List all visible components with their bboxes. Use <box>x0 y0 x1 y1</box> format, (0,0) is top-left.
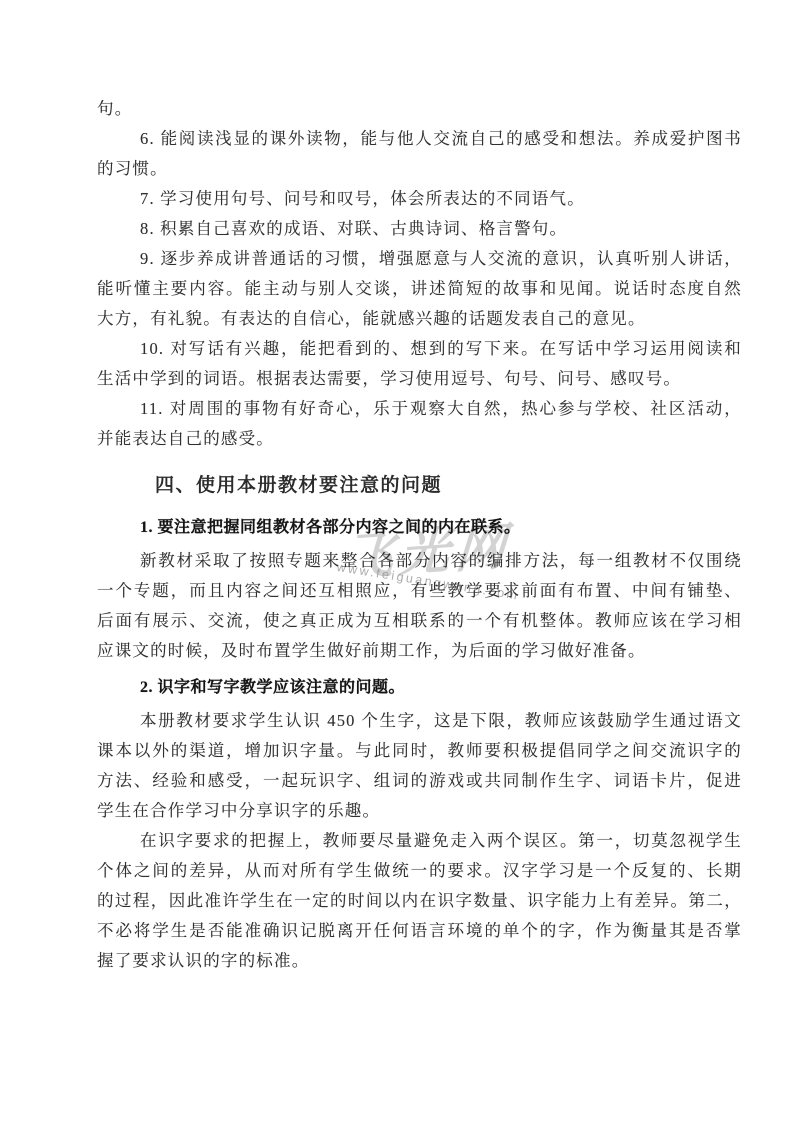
text-line: 6. 能阅读浅显的课外读物，能与他人交流自己的感受和想法。养成爱护图书 <box>97 124 742 154</box>
text-line: 课本以外的渠道，增加识字量。与此同时，教师要积极提倡同学之间交流识字的 <box>97 736 742 766</box>
text-line: 在识字要求的把握上，教师要尽量避免走入两个误区。第一，切莫忽视学生 <box>97 826 742 856</box>
text-line: 后面有展示、交流，使之真正成为互相联系的一个有机整体。教师应该在学习相 <box>97 606 742 636</box>
text-line: 个体之间的差异，从而对所有学生做统一的要求。汉字学习是一个反复的、长期 <box>97 856 742 886</box>
text-line: 本册教材要求学生认识 450 个生字，这是下限，教师应该鼓励学生通过语文 <box>97 706 742 736</box>
text-line: 的过程，因此准许学生在一定的时间以内在识字数量、识字能力上有差异。第二， <box>97 886 742 916</box>
subheading-1: 1. 要注意把握同组教材各部分内容之间的内在联系。 <box>97 513 742 543</box>
document-content: 句。 6. 能阅读浅显的课外读物，能与他人交流自己的感受和想法。养成爱护图书 的… <box>97 94 742 976</box>
text-line: 的习惯。 <box>97 154 742 184</box>
document-page: 飞光网 www.feiguangwang.com 句。 6. 能阅读浅显的课外读… <box>0 0 793 1122</box>
text-line: 方法、经验和感受，一起玩识字、组词的游戏或共同制作生字、词语卡片，促进 <box>97 766 742 796</box>
text-line: 9. 逐步养成讲普通话的习惯，增强愿意与人交流的意识，认真听别人讲话， <box>97 244 742 274</box>
text-line: 一个专题，而且内容之间还互相照应，有些教学要求前面有布置、中间有铺垫、 <box>97 576 742 606</box>
text-line: 8. 积累自己喜欢的成语、对联、古典诗词、格言警句。 <box>97 214 742 244</box>
subheading-2: 2. 识字和写字教学应该注意的问题。 <box>97 673 742 703</box>
text-line: 并能表达自己的感受。 <box>97 424 742 454</box>
text-line: 不必将学生是否能准确识记脱离开任何语言环境的单个的字，作为衡量其是否掌 <box>97 916 742 946</box>
text-line: 生活中学到的词语。根据表达需要，学习使用逗号、句号、问号、感叹号。 <box>97 364 742 394</box>
text-line: 应课文的时候，及时布置学生做好前期工作，为后面的学习做好准备。 <box>97 636 742 666</box>
text-line: 句。 <box>97 94 742 124</box>
text-line: 新教材采取了按照专题来整合各部分内容的编排方法，每一组教材不仅围绕 <box>97 546 742 576</box>
section-heading: 四、使用本册教材要注意的问题 <box>97 469 742 503</box>
text-line: 10. 对写话有兴趣，能把看到的、想到的写下来。在写话中学习运用阅读和 <box>97 334 742 364</box>
text-line: 7. 学习使用句号、问号和叹号，体会所表达的不同语气。 <box>97 184 742 214</box>
text-line: 大方，有礼貌。有表达的自信心，能就感兴趣的话题发表自己的意见。 <box>97 304 742 334</box>
text-line: 11. 对周围的事物有好奇心，乐于观察大自然，热心参与学校、社区活动， <box>97 394 742 424</box>
text-line: 学生在合作学习中分享识字的乐趣。 <box>97 796 742 826</box>
text-line: 能听懂主要内容。能主动与别人交谈，讲述简短的故事和见闻。说话时态度自然 <box>97 274 742 304</box>
text-line: 握了要求认识的字的标准。 <box>97 946 742 976</box>
